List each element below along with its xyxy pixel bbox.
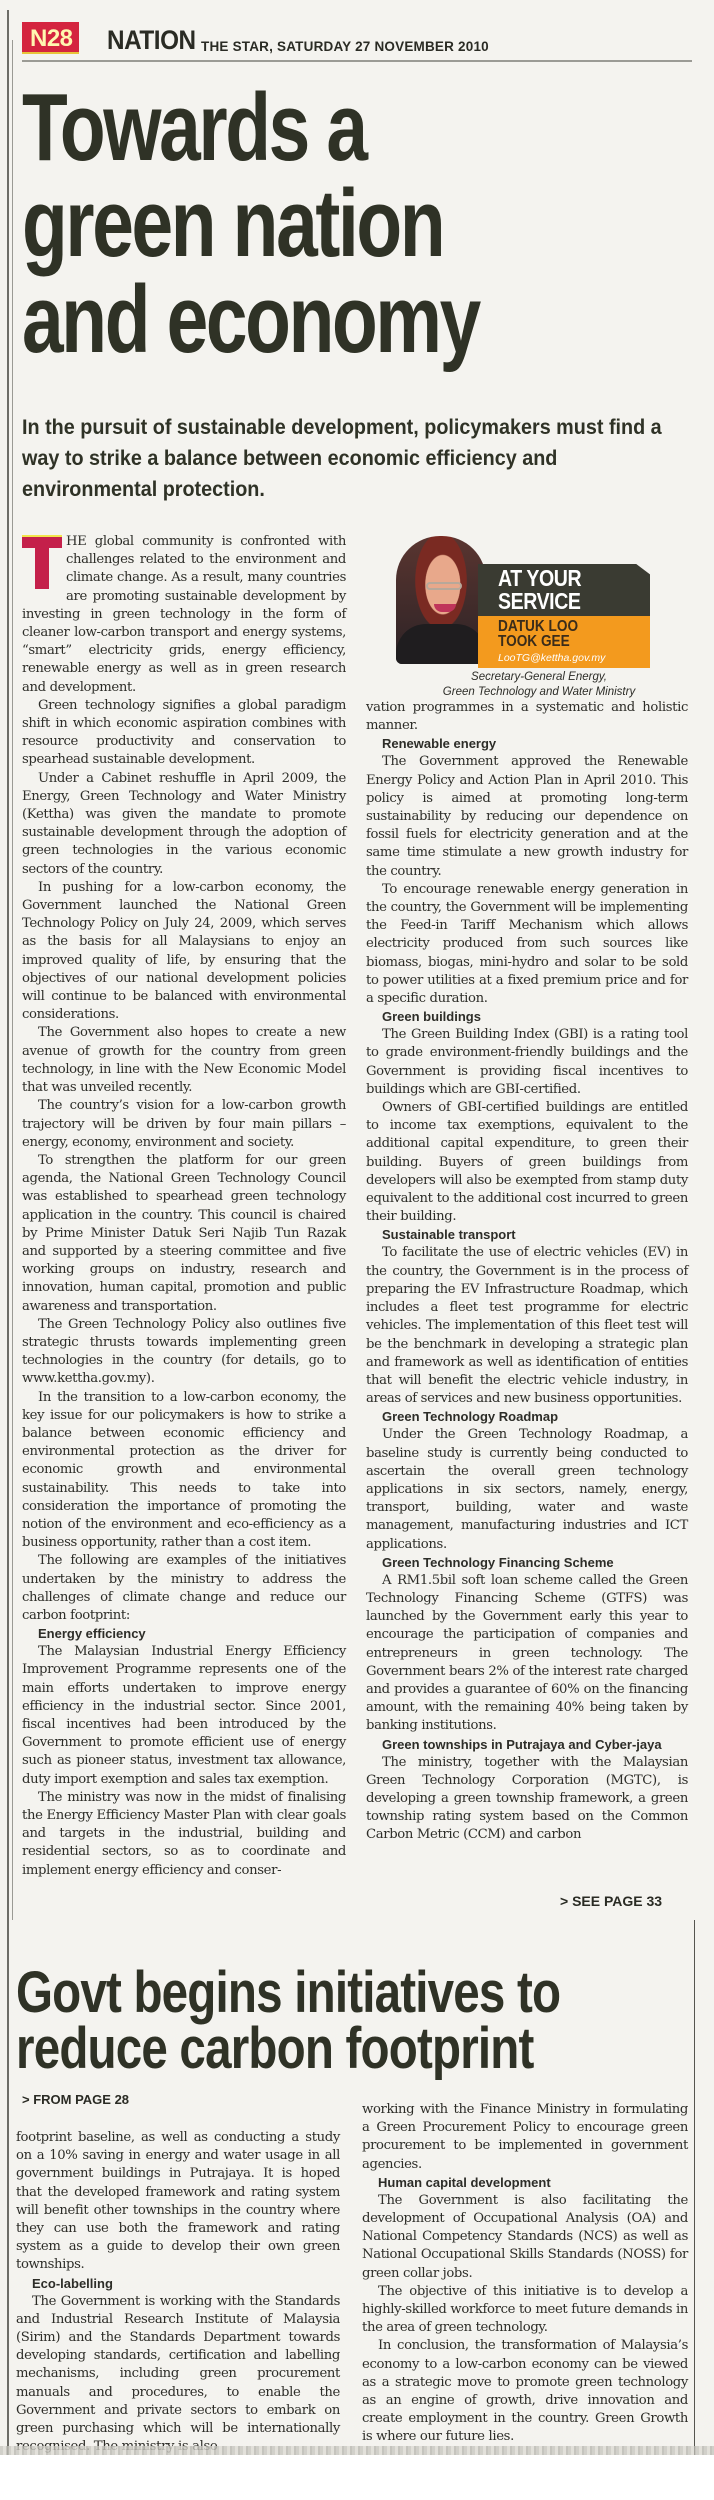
paragraph: The following are examples of the initia… (22, 1552, 346, 1625)
from-page-28-link[interactable]: > FROM PAGE 28 (22, 2092, 129, 2107)
paragraph: In pushing for a low-carbon economy, the… (22, 879, 346, 1025)
continuation-headline: Govt begins initiatives to reduce carbon… (16, 1965, 560, 2077)
headline-line: green nation (22, 176, 552, 272)
paragraph: The Green Building Index (GBI) is a rati… (366, 1026, 688, 1099)
subheading-human-capital: Human capital development (378, 2174, 688, 2192)
subheading-green-technology-roadmap: Green Technology Roadmap (382, 1408, 688, 1426)
columnist-caption: Secretary-General Energy, Green Technolo… (394, 670, 684, 700)
continuation-column-2: working with the Finance Ministry in for… (362, 2101, 688, 2447)
page-left-rule (7, 10, 9, 2470)
columnist-email-link[interactable]: LooTG@kettha.gov.my (498, 652, 650, 664)
columnist-name: DATUK LOO (498, 619, 632, 634)
paragraph-continuation: working with the Finance Ministry in for… (362, 2101, 688, 2174)
paragraph: To encourage renewable energy generation… (366, 881, 688, 1008)
paragraph-continuation: vation programmes in a systematic and ho… (366, 699, 688, 735)
jacket-shape (396, 624, 486, 664)
caption-line: Secretary-General Energy, (394, 670, 684, 685)
paragraph: The objective of this initiative is to d… (362, 2283, 688, 2338)
page-left-rule-inner (12, 40, 13, 1920)
article-column-1: THE global community is confronted with … (22, 533, 346, 1880)
subheading-energy-efficiency: Energy efficiency (38, 1625, 346, 1643)
paragraph: In conclusion, the transformation of Mal… (362, 2337, 688, 2446)
columnist-name: TOOK GEE (498, 634, 632, 649)
column-rule (694, 1920, 695, 2500)
paragraph: A RM1.5bil soft loan scheme called the G… (366, 1572, 688, 1736)
paragraph: Under a Cabinet reshuffle in April 2009,… (22, 770, 346, 879)
paragraph: The Government is working with the Stand… (16, 2293, 340, 2457)
page-number-badge: N28 (22, 22, 79, 54)
standfirst: In the pursuit of sustainable developmen… (22, 412, 694, 505)
paragraph: Owners of GBI-certified buildings are en… (366, 1099, 688, 1226)
glasses-icon (426, 582, 462, 590)
paragraph: The Government also hopes to create a ne… (22, 1024, 346, 1097)
subheading-renewable-energy: Renewable energy (382, 735, 688, 753)
page-bottom-margin (0, 2455, 714, 2500)
headline-line: Towards a (22, 80, 552, 176)
paragraph: The ministry was now in the midst of fin… (22, 1789, 346, 1880)
paragraph: The country’s vision for a low-carbon gr… (22, 1097, 346, 1152)
subheading-financing-scheme: Green Technology Financing Scheme (382, 1554, 688, 1572)
columnist-photo (396, 536, 486, 664)
paragraph: The Malaysian Industrial Energy Efficien… (22, 1643, 346, 1789)
headline-line: reduce carbon footprint (16, 2021, 560, 2077)
see-page-33-link[interactable]: > SEE PAGE 33 (560, 1893, 662, 1909)
dropcap: T (22, 535, 62, 589)
paragraph: The Government is also facilitating the … (362, 2192, 688, 2283)
paragraph-text: HE global community is confronted with c… (22, 534, 346, 695)
article-column-2: vation programmes in a systematic and ho… (366, 699, 688, 1845)
section-name: NATION (107, 25, 196, 56)
column-label-banner: AT YOUR SERVICE (478, 564, 650, 616)
lead-paragraph: THE global community is confronted with … (22, 533, 346, 697)
paragraph: To facilitate the use of electric vehicl… (366, 1244, 688, 1408)
masthead: N28 NATION THE STAR, SATURDAY 27 NOVEMBE… (22, 14, 692, 62)
headline-line: Govt begins initiatives to (16, 1965, 560, 2021)
subheading-eco-labelling: Eco-labelling (32, 2275, 340, 2293)
subheading-green-buildings: Green buildings (382, 1008, 688, 1026)
paragraph: The ministry, together with the Malaysia… (366, 1754, 688, 1845)
subheading-green-townships: Green townships in Putrajaya and Cyber-j… (382, 1736, 688, 1754)
columnist-box: AT YOUR SERVICE DATUK LOO TOOK GEE LooTG… (396, 536, 658, 666)
column-label: SERVICE (498, 590, 627, 613)
article-headline: Towards a green nation and economy (22, 80, 552, 368)
column-label: AT YOUR (498, 567, 627, 590)
caption-line: Green Technology and Water Ministry (394, 685, 684, 700)
headline-line: and economy (22, 272, 552, 368)
paragraph: Under the Green Technology Roadmap, a ba… (366, 1426, 688, 1553)
paragraph: Green technology signifies a global para… (22, 697, 346, 770)
columnist-name-banner: DATUK LOO TOOK GEE LooTG@kettha.gov.my (478, 616, 650, 668)
paragraph: The Green Technology Policy also outline… (22, 1316, 346, 1389)
smile-shape (434, 604, 456, 612)
paragraph: The Government approved the Renewable En… (366, 753, 688, 880)
dateline: THE STAR, SATURDAY 27 NOVEMBER 2010 (201, 39, 489, 54)
paragraph: To strengthen the platform for our green… (22, 1152, 346, 1316)
paragraph: In the transition to a low-carbon econom… (22, 1389, 346, 1553)
continuation-column-1: footprint baseline, as well as conductin… (16, 2129, 340, 2456)
paragraph-continuation: footprint baseline, as well as conductin… (16, 2129, 340, 2275)
subheading-sustainable-transport: Sustainable transport (382, 1226, 688, 1244)
